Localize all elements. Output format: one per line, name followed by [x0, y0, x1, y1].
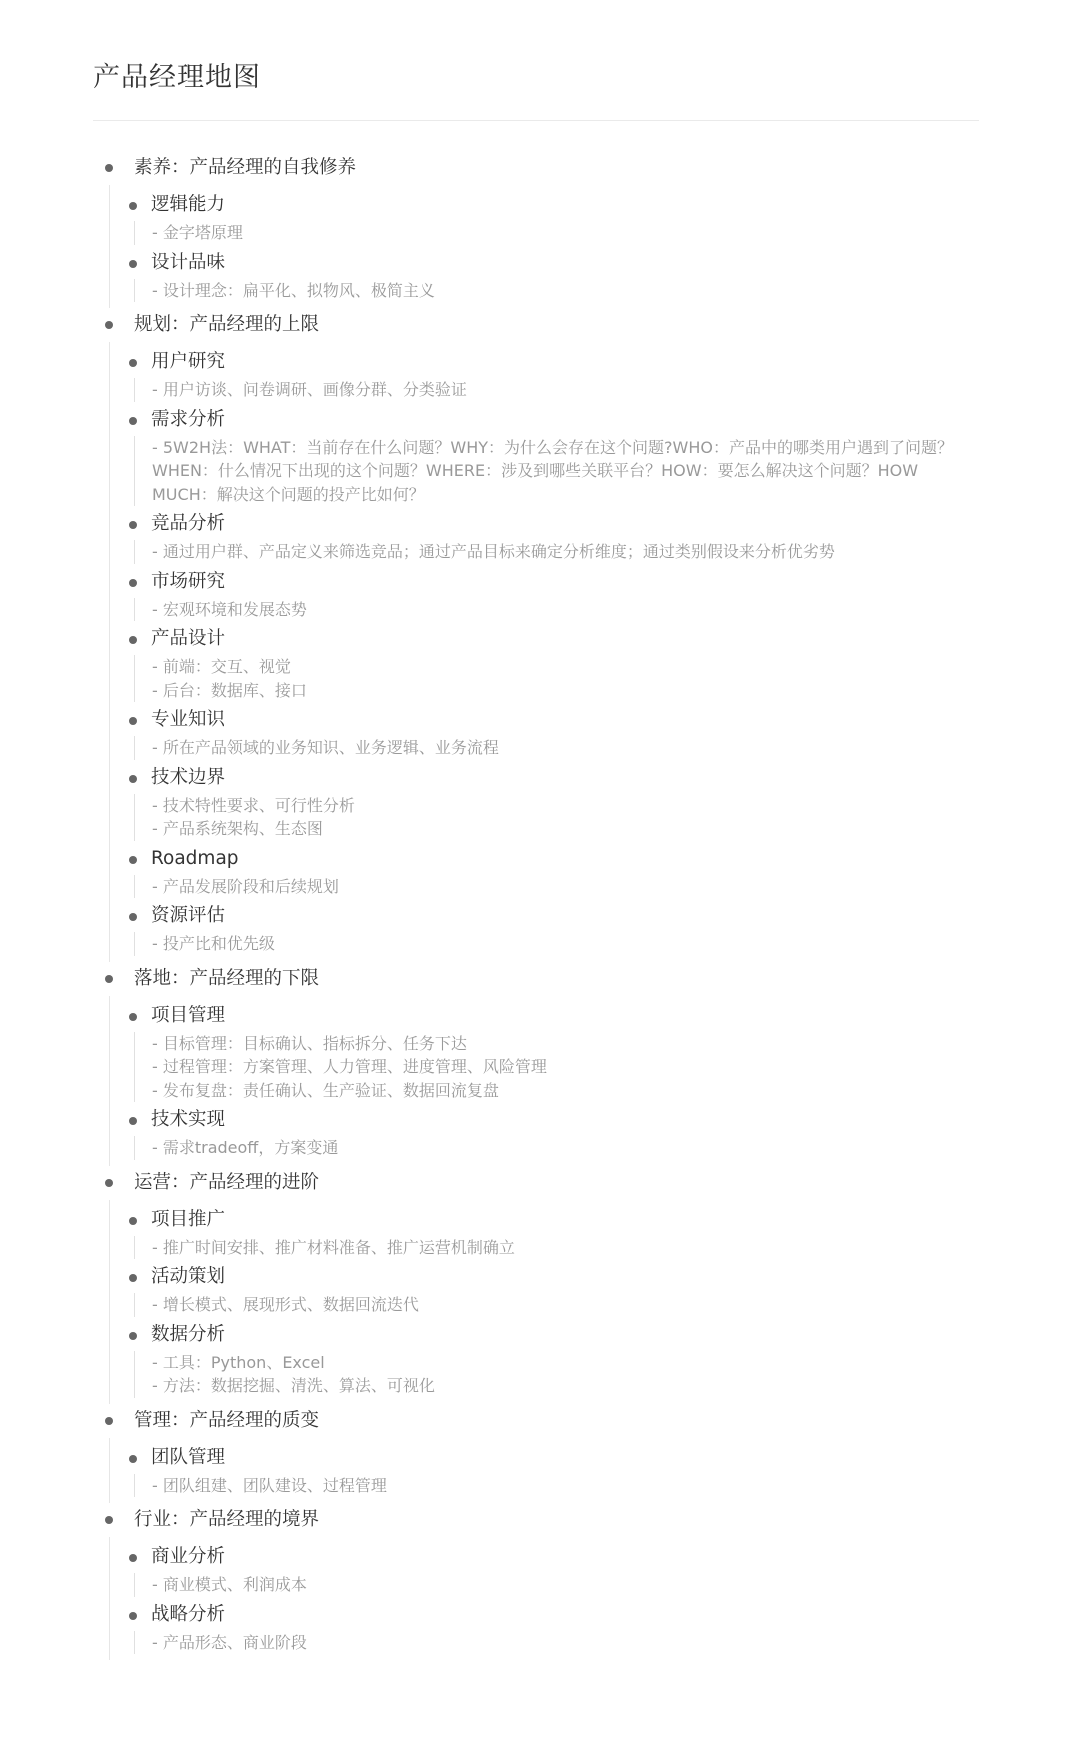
- section-label: 管理：产品经理的质变: [134, 1404, 980, 1438]
- topic-item: 技术实现 - 需求tradeoff，方案变通: [134, 1104, 980, 1160]
- bullet-icon: [129, 1554, 137, 1562]
- topic-label: 商业分析: [151, 1541, 980, 1573]
- topic-label: 项目推广: [151, 1204, 980, 1236]
- topic-notes: - 用户访谈、问卷调研、画像分群、分类验证: [134, 378, 980, 402]
- section-item: 管理：产品经理的质变 团队管理 - 团队组建、团队建设、过程管理: [93, 1404, 980, 1504]
- topic-item: 产品设计 - 前端：交互、视觉 - 后台：数据库、接口: [134, 623, 980, 702]
- note-line: - 方法：数据挖掘、清洗、算法、可视化: [152, 1374, 980, 1398]
- bullet-icon: [129, 1117, 137, 1125]
- topic-label: 数据分析: [151, 1319, 980, 1351]
- note-line: - 推广时间安排、推广材料准备、推广运营机制确立: [152, 1236, 980, 1260]
- bullet-icon: [129, 913, 137, 921]
- topic-notes: - 5W2H法：WHAT：当前存在什么问题？WHY：为什么会存在这个问题?WHO…: [134, 436, 980, 507]
- note-line: - 所在产品领域的业务知识、业务逻辑、业务流程: [152, 736, 980, 760]
- topic-label: 产品设计: [151, 623, 980, 655]
- section-children: 商业分析 - 商业模式、利润成本 战略分析 - 产品形态、商业阶段: [109, 1537, 980, 1660]
- topic-item: 需求分析 - 5W2H法：WHAT：当前存在什么问题？WHY：为什么会存在这个问…: [134, 404, 980, 507]
- note-line: - 后台：数据库、接口: [152, 679, 980, 703]
- topic-label: 市场研究: [151, 566, 980, 598]
- section-item: 规划：产品经理的上限 用户研究 - 用户访谈、问卷调研、画像分群、分类验证 需求…: [93, 308, 980, 962]
- section-label: 运营：产品经理的进阶: [134, 1166, 980, 1200]
- topic-label: 用户研究: [151, 346, 980, 378]
- note-line: - 发布复盘：责任确认、生产验证、数据回流复盘: [152, 1079, 980, 1103]
- page-title: 产品经理地图: [93, 58, 980, 98]
- bullet-icon: [129, 1013, 137, 1021]
- topic-notes: - 金字塔原理: [134, 221, 980, 245]
- bullet-icon: [105, 975, 113, 983]
- topic-notes: - 技术特性要求、可行性分析 - 产品系统架构、生态图: [134, 794, 980, 841]
- note-line: - 用户访谈、问卷调研、画像分群、分类验证: [152, 378, 980, 402]
- topic-item: 设计品味 - 设计理念：扁平化、拟物风、极简主义: [134, 247, 980, 303]
- outline-list: 素养：产品经理的自我修养 逻辑能力 - 金字塔原理 设计品味 - 设计理念：扁平…: [93, 151, 980, 1660]
- topic-item: 项目推广 - 推广时间安排、推广材料准备、推广运营机制确立: [134, 1204, 980, 1260]
- bullet-icon: [129, 717, 137, 725]
- bullet-icon: [105, 164, 113, 172]
- topic-item: 资源评估 - 投产比和优先级: [134, 900, 980, 956]
- note-line: - 产品发展阶段和后续规划: [152, 875, 980, 899]
- topic-item: 数据分析 - 工具：Python、Excel - 方法：数据挖掘、清洗、算法、可…: [134, 1319, 980, 1398]
- topic-item: 商业分析 - 商业模式、利润成本: [134, 1541, 980, 1597]
- note-line: - 增长模式、展现形式、数据回流迭代: [152, 1293, 980, 1317]
- topic-item: 团队管理 - 团队组建、团队建设、过程管理: [134, 1442, 980, 1498]
- bullet-icon: [129, 417, 137, 425]
- topic-label: 资源评估: [151, 900, 980, 932]
- section-children: 逻辑能力 - 金字塔原理 设计品味 - 设计理念：扁平化、拟物风、极简主义: [109, 185, 980, 308]
- topic-item: 市场研究 - 宏观环境和发展态势: [134, 566, 980, 622]
- bullet-icon: [129, 775, 137, 783]
- note-line: - 产品形态、商业阶段: [152, 1631, 980, 1655]
- bullet-icon: [129, 579, 137, 587]
- topic-notes: - 前端：交互、视觉 - 后台：数据库、接口: [134, 655, 980, 702]
- topic-item: 专业知识 - 所在产品领域的业务知识、业务逻辑、业务流程: [134, 704, 980, 760]
- topic-label: 项目管理: [151, 1000, 980, 1032]
- topic-notes: - 商业模式、利润成本: [134, 1573, 980, 1597]
- topic-item: 逻辑能力 - 金字塔原理: [134, 189, 980, 245]
- note-line: - 通过用户群、产品定义来筛选竞品；通过产品目标来确定分析维度；通过类别假设来分…: [152, 540, 980, 564]
- topic-notes: - 产品形态、商业阶段: [134, 1631, 980, 1655]
- note-line: - 前端：交互、视觉: [152, 655, 980, 679]
- note-line: - 商业模式、利润成本: [152, 1573, 980, 1597]
- topic-label: 团队管理: [151, 1442, 980, 1474]
- bullet-icon: [129, 1612, 137, 1620]
- bullet-icon: [129, 856, 137, 864]
- topic-label: 技术实现: [151, 1104, 980, 1136]
- section-label: 素养：产品经理的自我修养: [134, 151, 980, 185]
- note-line: - 宏观环境和发展态势: [152, 598, 980, 622]
- note-line: - 产品系统架构、生态图: [152, 817, 980, 841]
- topic-notes: - 推广时间安排、推广材料准备、推广运营机制确立: [134, 1236, 980, 1260]
- topic-notes: - 产品发展阶段和后续规划: [134, 875, 980, 899]
- topic-label: 活动策划: [151, 1261, 980, 1293]
- bullet-icon: [105, 321, 113, 329]
- topic-notes: - 增长模式、展现形式、数据回流迭代: [134, 1293, 980, 1317]
- topic-notes: - 工具：Python、Excel - 方法：数据挖掘、清洗、算法、可视化: [134, 1351, 980, 1398]
- section-children: 团队管理 - 团队组建、团队建设、过程管理: [109, 1438, 980, 1504]
- note-line: - 技术特性要求、可行性分析: [152, 794, 980, 818]
- topic-item: 战略分析 - 产品形态、商业阶段: [134, 1599, 980, 1655]
- bullet-icon: [129, 260, 137, 268]
- bullet-icon: [105, 1417, 113, 1425]
- topic-label: 战略分析: [151, 1599, 980, 1631]
- bullet-icon: [129, 1332, 137, 1340]
- topic-label: 技术边界: [151, 762, 980, 794]
- topic-notes: - 投产比和优先级: [134, 932, 980, 956]
- section-label: 规划：产品经理的上限: [134, 308, 980, 342]
- bullet-icon: [129, 1455, 137, 1463]
- note-line: - 过程管理：方案管理、人力管理、进度管理、风险管理: [152, 1055, 980, 1079]
- topic-label: 竞品分析: [151, 508, 980, 540]
- section-label: 行业：产品经理的境界: [134, 1503, 980, 1537]
- bullet-icon: [129, 521, 137, 529]
- title-divider: [93, 120, 979, 121]
- topic-label: 需求分析: [151, 404, 980, 436]
- note-line: - 金字塔原理: [152, 221, 980, 245]
- topic-item: 用户研究 - 用户访谈、问卷调研、画像分群、分类验证: [134, 346, 980, 402]
- bullet-icon: [129, 1274, 137, 1282]
- section-children: 用户研究 - 用户访谈、问卷调研、画像分群、分类验证 需求分析 - 5W2H法：…: [109, 342, 980, 962]
- note-line: - 工具：Python、Excel: [152, 1351, 980, 1375]
- topic-notes: - 团队组建、团队建设、过程管理: [134, 1474, 980, 1498]
- topic-notes: - 需求tradeoff，方案变通: [134, 1136, 980, 1160]
- note-line: - 需求tradeoff，方案变通: [152, 1136, 980, 1160]
- document-page: 产品经理地图 素养：产品经理的自我修养 逻辑能力 - 金字塔原理 设计品味: [0, 0, 1080, 1660]
- note-line: - 设计理念：扁平化、拟物风、极简主义: [152, 279, 980, 303]
- bullet-icon: [129, 636, 137, 644]
- section-label: 落地：产品经理的下限: [134, 962, 980, 996]
- section-children: 项目管理 - 目标管理：目标确认、指标拆分、任务下达 - 过程管理：方案管理、人…: [109, 996, 980, 1166]
- bullet-icon: [129, 202, 137, 210]
- bullet-icon: [129, 359, 137, 367]
- section-item: 运营：产品经理的进阶 项目推广 - 推广时间安排、推广材料准备、推广运营机制确立…: [93, 1166, 980, 1404]
- topic-notes: - 通过用户群、产品定义来筛选竞品；通过产品目标来确定分析维度；通过类别假设来分…: [134, 540, 980, 564]
- topic-item: 项目管理 - 目标管理：目标确认、指标拆分、任务下达 - 过程管理：方案管理、人…: [134, 1000, 980, 1103]
- section-item: 落地：产品经理的下限 项目管理 - 目标管理：目标确认、指标拆分、任务下达 - …: [93, 962, 980, 1166]
- section-item: 行业：产品经理的境界 商业分析 - 商业模式、利润成本 战略分析 - 产品形态、…: [93, 1503, 980, 1660]
- topic-item: 技术边界 - 技术特性要求、可行性分析 - 产品系统架构、生态图: [134, 762, 980, 841]
- note-line: - 投产比和优先级: [152, 932, 980, 956]
- bullet-icon: [129, 1217, 137, 1225]
- topic-label: 设计品味: [151, 247, 980, 279]
- section-children: 项目推广 - 推广时间安排、推广材料准备、推广运营机制确立 活动策划 - 增长模…: [109, 1200, 980, 1404]
- section-item: 素养：产品经理的自我修养 逻辑能力 - 金字塔原理 设计品味 - 设计理念：扁平…: [93, 151, 980, 308]
- topic-item: 竞品分析 - 通过用户群、产品定义来筛选竞品；通过产品目标来确定分析维度；通过类…: [134, 508, 980, 564]
- topic-notes: - 目标管理：目标确认、指标拆分、任务下达 - 过程管理：方案管理、人力管理、进…: [134, 1032, 980, 1103]
- bullet-icon: [105, 1516, 113, 1524]
- topic-notes: - 所在产品领域的业务知识、业务逻辑、业务流程: [134, 736, 980, 760]
- topic-label: 逻辑能力: [151, 189, 980, 221]
- topic-item: 活动策划 - 增长模式、展现形式、数据回流迭代: [134, 1261, 980, 1317]
- topic-item: Roadmap - 产品发展阶段和后续规划: [134, 843, 980, 899]
- topic-label: 专业知识: [151, 704, 980, 736]
- note-line: - 团队组建、团队建设、过程管理: [152, 1474, 980, 1498]
- topic-label: Roadmap: [151, 843, 980, 875]
- bullet-icon: [105, 1179, 113, 1187]
- topic-notes: - 设计理念：扁平化、拟物风、极简主义: [134, 279, 980, 303]
- note-line: - 5W2H法：WHAT：当前存在什么问题？WHY：为什么会存在这个问题?WHO…: [152, 436, 980, 507]
- topic-notes: - 宏观环境和发展态势: [134, 598, 980, 622]
- note-line: - 目标管理：目标确认、指标拆分、任务下达: [152, 1032, 980, 1056]
